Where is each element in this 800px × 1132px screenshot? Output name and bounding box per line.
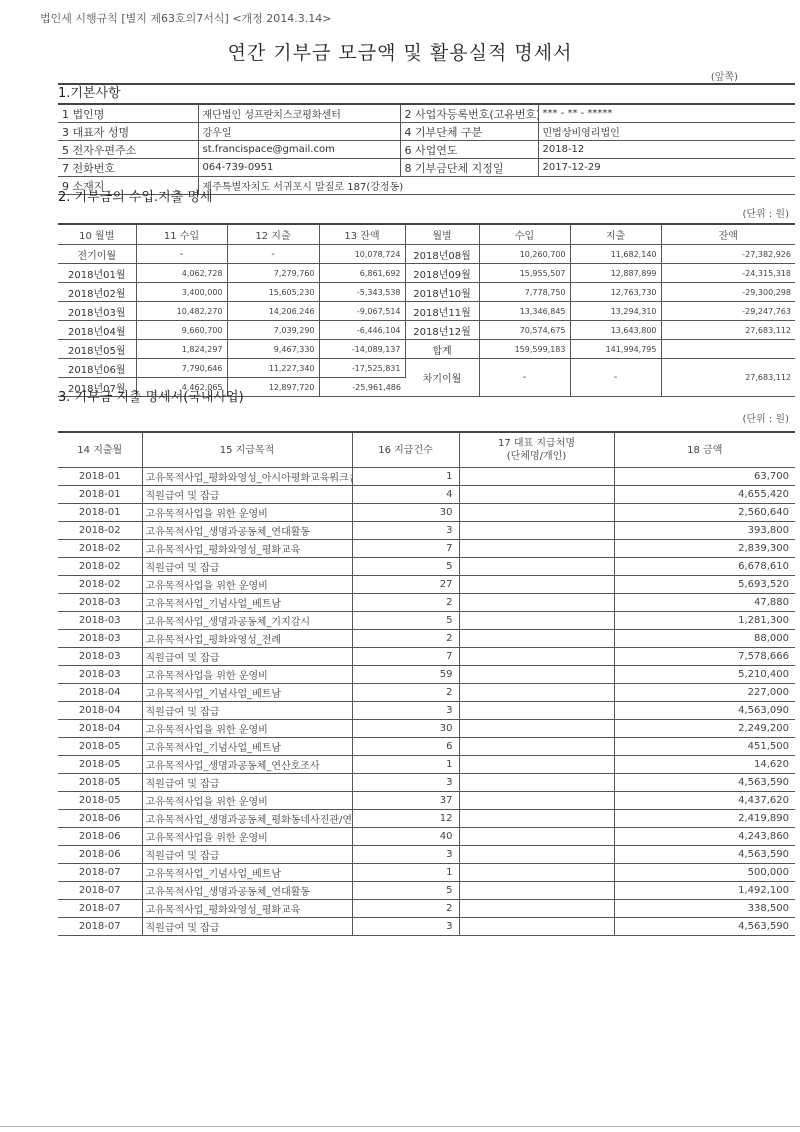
amount-cell: 4,563,590 xyxy=(614,774,795,792)
table-row: 2018-03고유목적사업_기념사업_베트남247,880 xyxy=(58,594,795,612)
field-label: 7 전화번호 xyxy=(58,159,198,177)
month-cell: 2018년12월 xyxy=(405,321,479,340)
field-value: 2018-12 xyxy=(538,141,795,159)
table-row: 2018년05월1,824,2979,467,330-14,089,137합계1… xyxy=(58,340,795,359)
basic-info-row: 1 법인명재단법인 성프란치스코평화센터2 사업자등록번호(고유번호)*** -… xyxy=(58,105,795,123)
unit-label: (단위 : 원) xyxy=(58,207,795,223)
purpose-cell: 고유목적사업_생명과공동체_연대활동 xyxy=(142,522,352,540)
payee-cell xyxy=(459,486,614,504)
count-cell: 6 xyxy=(352,738,459,756)
column-header: 13 잔액 xyxy=(319,224,405,245)
income-cell: 10,482,270 xyxy=(136,302,227,321)
balance-cell: -5,343,538 xyxy=(319,283,405,302)
expense-cell: 12,763,730 xyxy=(570,283,661,302)
amount-cell: 393,800 xyxy=(614,522,795,540)
field-value: 재단법인 성프란치스코평화센터 xyxy=(198,105,400,123)
month-cell: 2018-03 xyxy=(58,612,142,630)
income-expense-table: 10 월별11 수입12 지출13 잔액월별수입지출잔액 전기이월--10,07… xyxy=(58,223,795,397)
balance-cell: -27,382,926 xyxy=(661,245,795,264)
table-row: 2018-01직원급여 및 잡급44,655,420 xyxy=(58,486,795,504)
amount-cell: 4,563,090 xyxy=(614,702,795,720)
purpose-cell: 고유목적사업_평화와영성_평화교육 xyxy=(142,900,352,918)
amount-cell: 4,563,590 xyxy=(614,918,795,936)
month-cell: 2018-02 xyxy=(58,540,142,558)
amount-cell: 2,839,300 xyxy=(614,540,795,558)
purpose-cell: 직원급여 및 잡급 xyxy=(142,702,352,720)
month-cell: 2018-06 xyxy=(58,810,142,828)
month-cell: 2018-07 xyxy=(58,864,142,882)
column-header: 지출 xyxy=(570,224,661,245)
expense-cell: 12,887,899 xyxy=(570,264,661,283)
count-cell: 59 xyxy=(352,666,459,684)
field-label: 1 법인명 xyxy=(58,105,198,123)
payee-cell xyxy=(459,684,614,702)
month-cell: 2018-03 xyxy=(58,666,142,684)
purpose-cell: 직원급여 및 잡급 xyxy=(142,648,352,666)
month-cell: 2018-07 xyxy=(58,918,142,936)
amount-cell: 47,880 xyxy=(614,594,795,612)
field-value: 민법상비영리법인 xyxy=(538,123,795,141)
month-cell: 합계 xyxy=(405,340,479,359)
purpose-cell: 고유목적사업_생명과공동체_기지감시 xyxy=(142,612,352,630)
income-cell: 3,400,000 xyxy=(136,283,227,302)
month-cell: 2018-03 xyxy=(58,594,142,612)
table-row: 2018-07고유목적사업_기념사업_베트남1500,000 xyxy=(58,864,795,882)
amount-cell: 451,500 xyxy=(614,738,795,756)
purpose-cell: 고유목적사업을 위한 운영비 xyxy=(142,792,352,810)
expense-cell: 14,206,246 xyxy=(227,302,319,321)
expense-cell: 7,279,760 xyxy=(227,264,319,283)
table-row: 2018년02월3,400,00015,605,230-5,343,538201… xyxy=(58,283,795,302)
month-cell: 전기이월 xyxy=(58,245,136,264)
purpose-cell: 고유목적사업_평화와영성_평화교육 xyxy=(142,540,352,558)
month-cell: 2018년04월 xyxy=(58,321,136,340)
payee-cell xyxy=(459,756,614,774)
table-row: 2018-03고유목적사업을 위한 운영비595,210,400 xyxy=(58,666,795,684)
purpose-cell: 고유목적사업_생명과공동체_연산호조사 xyxy=(142,756,352,774)
balance-cell: -29,247,763 xyxy=(661,302,795,321)
table-row: 2018-05고유목적사업_기념사업_베트남6451,500 xyxy=(58,738,795,756)
amount-cell: 88,000 xyxy=(614,630,795,648)
purpose-cell: 고유목적사업을 위한 운영비 xyxy=(142,828,352,846)
payee-cell xyxy=(459,774,614,792)
balance-cell: -17,525,831 xyxy=(319,359,405,378)
amount-cell: 5,210,400 xyxy=(614,666,795,684)
count-cell: 30 xyxy=(352,504,459,522)
count-cell: 1 xyxy=(352,756,459,774)
expense-cell: - xyxy=(227,245,319,264)
balance-cell xyxy=(661,340,795,359)
count-cell: 1 xyxy=(352,468,459,486)
amount-cell: 2,419,890 xyxy=(614,810,795,828)
payee-cell xyxy=(459,900,614,918)
purpose-cell: 고유목적사업_생명과공동체_연대활동 xyxy=(142,882,352,900)
field-label: 2 사업자등록번호(고유번호) xyxy=(400,105,538,123)
income-cell: 13,346,845 xyxy=(479,302,570,321)
month-cell: 2018-04 xyxy=(58,720,142,738)
month-cell: 2018-05 xyxy=(58,756,142,774)
purpose-cell: 고유목적사업을 위한 운영비 xyxy=(142,720,352,738)
count-cell: 40 xyxy=(352,828,459,846)
payee-cell xyxy=(459,540,614,558)
field-value: *** - ** - ***** xyxy=(538,105,795,123)
field-value: 강우일 xyxy=(198,123,400,141)
expense-detail-table: 14 지출월15 지급목적16 지급건수17 대표 지급처명(단체명/개인)18… xyxy=(58,431,795,936)
payee-cell xyxy=(459,738,614,756)
count-cell: 1 xyxy=(352,864,459,882)
count-cell: 37 xyxy=(352,792,459,810)
payee-cell xyxy=(459,666,614,684)
amount-cell: 500,000 xyxy=(614,864,795,882)
amount-cell: 7,578,666 xyxy=(614,648,795,666)
field-label: 3 대표자 성명 xyxy=(58,123,198,141)
balance-cell: -29,300,298 xyxy=(661,283,795,302)
amount-cell: 4,563,590 xyxy=(614,846,795,864)
income-expense-section: 2. 기부금의 수입.지출 명세 (단위 : 원) 10 월별11 수입12 지… xyxy=(58,189,795,397)
table-row: 2018-04고유목적사업을 위한 운영비302,249,200 xyxy=(58,720,795,738)
income-cell: 159,599,183 xyxy=(479,340,570,359)
purpose-cell: 직원급여 및 잡급 xyxy=(142,558,352,576)
field-label: 4 기부단체 구분 xyxy=(400,123,538,141)
month-cell: 2018-02 xyxy=(58,576,142,594)
basic-info-row: 5 전자우편주소st.francispace@gmail.com6 사업연도20… xyxy=(58,141,795,159)
income-cell: 15,955,507 xyxy=(479,264,570,283)
payee-cell xyxy=(459,630,614,648)
payee-cell xyxy=(459,846,614,864)
column-header: 12 지출 xyxy=(227,224,319,245)
field-value: 2017-12-29 xyxy=(538,159,795,177)
payee-cell xyxy=(459,882,614,900)
count-cell: 2 xyxy=(352,684,459,702)
income-cell: 1,824,297 xyxy=(136,340,227,359)
expense-cell: 11,682,140 xyxy=(570,245,661,264)
purpose-cell: 고유목적사업을 위한 운영비 xyxy=(142,576,352,594)
count-cell: 2 xyxy=(352,900,459,918)
month-cell: 2018년10월 xyxy=(405,283,479,302)
count-cell: 2 xyxy=(352,630,459,648)
count-cell: 27 xyxy=(352,576,459,594)
count-cell: 5 xyxy=(352,612,459,630)
balance-cell: -9,067,514 xyxy=(319,302,405,321)
column-header: 11 수입 xyxy=(136,224,227,245)
payee-cell xyxy=(459,918,614,936)
month-cell: 2018-02 xyxy=(58,558,142,576)
column-header: 10 월별 xyxy=(58,224,136,245)
count-cell: 7 xyxy=(352,648,459,666)
basic-info-row: 7 전화번호064-739-09518 기부금단체 지정일2017-12-29 xyxy=(58,159,795,177)
payee-cell xyxy=(459,594,614,612)
month-cell: 2018년02월 xyxy=(58,283,136,302)
balance-cell: -24,315,318 xyxy=(661,264,795,283)
purpose-cell: 고유목적사업_기념사업_베트남 xyxy=(142,738,352,756)
payee-cell xyxy=(459,702,614,720)
month-cell: 2018-07 xyxy=(58,882,142,900)
page-bottom-rule xyxy=(0,1126,800,1127)
payee-cell xyxy=(459,810,614,828)
balance-cell: 27,683,112 xyxy=(661,321,795,340)
table-row: 2018-07직원급여 및 잡급34,563,590 xyxy=(58,918,795,936)
field-label: 8 기부금단체 지정일 xyxy=(400,159,538,177)
table-row: 2018-03직원급여 및 잡급77,578,666 xyxy=(58,648,795,666)
income-cell: 10,260,700 xyxy=(479,245,570,264)
expense-cell: 13,643,800 xyxy=(570,321,661,340)
payee-cell xyxy=(459,522,614,540)
amount-cell: 2,560,640 xyxy=(614,504,795,522)
amount-cell: 338,500 xyxy=(614,900,795,918)
table-row: 2018-05고유목적사업_생명과공동체_연산호조사114,620 xyxy=(58,756,795,774)
table-row: 2018년06월7,790,64611,227,340-17,525,831차기… xyxy=(58,359,795,378)
balance-cell: 6,861,692 xyxy=(319,264,405,283)
income-cell: 4,062,728 xyxy=(136,264,227,283)
payee-cell xyxy=(459,558,614,576)
amount-cell: 227,000 xyxy=(614,684,795,702)
payee-cell xyxy=(459,792,614,810)
table-row: 2018-05직원급여 및 잡급34,563,590 xyxy=(58,774,795,792)
page-title: 연간 기부금 모금액 및 활용실적 명세서 xyxy=(0,38,800,65)
purpose-cell: 고유목적사업을 위한 운영비 xyxy=(142,504,352,522)
amount-cell: 5,693,520 xyxy=(614,576,795,594)
column-header: 18 금액 xyxy=(614,432,795,468)
basic-info-row: 3 대표자 성명강우일4 기부단체 구분민법상비영리법인 xyxy=(58,123,795,141)
purpose-cell: 고유목적사업_기념사업_베트남 xyxy=(142,864,352,882)
payee-cell xyxy=(459,504,614,522)
month-cell: 2018-05 xyxy=(58,774,142,792)
expense-cell: 9,467,330 xyxy=(227,340,319,359)
expense-cell: 13,294,310 xyxy=(570,302,661,321)
expense-cell: 11,227,340 xyxy=(227,359,319,378)
count-cell: 4 xyxy=(352,486,459,504)
table-row: 2018-05고유목적사업을 위한 운영비374,437,620 xyxy=(58,792,795,810)
income-cell: 9,660,700 xyxy=(136,321,227,340)
month-cell: 2018년11월 xyxy=(405,302,479,321)
column-header: 17 대표 지급처명(단체명/개인) xyxy=(459,432,614,468)
table-row: 2018-03고유목적사업_평화와영성_전례288,000 xyxy=(58,630,795,648)
table-row: 2018-06고유목적사업_생명과공동체_평화동네사진관/연산호조사122,41… xyxy=(58,810,795,828)
table-row: 2018-02직원급여 및 잡급56,678,610 xyxy=(58,558,795,576)
column-header: 월별 xyxy=(405,224,479,245)
payee-cell xyxy=(459,864,614,882)
table-row: 2018-06직원급여 및 잡급34,563,590 xyxy=(58,846,795,864)
income-cell: 70,574,675 xyxy=(479,321,570,340)
month-cell: 2018-01 xyxy=(58,504,142,522)
balance-cell: 10,078,724 xyxy=(319,245,405,264)
count-cell: 5 xyxy=(352,558,459,576)
count-cell: 3 xyxy=(352,846,459,864)
amount-cell: 6,678,610 xyxy=(614,558,795,576)
purpose-cell: 고유목적사업_평화와영성_아시아평화교육워크숍 xyxy=(142,468,352,486)
column-header: 잔액 xyxy=(661,224,795,245)
column-header: 수입 xyxy=(479,224,570,245)
table-row: 2018년01월4,062,7287,279,7606,861,6922018년… xyxy=(58,264,795,283)
amount-cell: 4,655,420 xyxy=(614,486,795,504)
purpose-cell: 고유목적사업을 위한 운영비 xyxy=(142,666,352,684)
balance-cell: -6,446,104 xyxy=(319,321,405,340)
table-row: 2018-01고유목적사업을 위한 운영비302,560,640 xyxy=(58,504,795,522)
month-cell: 2018-01 xyxy=(58,486,142,504)
payee-cell xyxy=(459,720,614,738)
count-cell: 5 xyxy=(352,882,459,900)
purpose-cell: 직원급여 및 잡급 xyxy=(142,774,352,792)
count-cell: 3 xyxy=(352,774,459,792)
section-title: 3. 기부금 지출 명세서(국내사업) xyxy=(58,389,795,407)
count-cell: 12 xyxy=(352,810,459,828)
income-cell: 7,790,646 xyxy=(136,359,227,378)
table-row: 2018-07고유목적사업_평화와영성_평화교육2338,500 xyxy=(58,900,795,918)
amount-cell: 14,620 xyxy=(614,756,795,774)
purpose-cell: 고유목적사업_기념사업_베트남 xyxy=(142,594,352,612)
count-cell: 7 xyxy=(352,540,459,558)
basic-info-table: 1 법인명재단법인 성프란치스코평화센터2 사업자등록번호(고유번호)*** -… xyxy=(58,105,795,195)
amount-cell: 1,492,100 xyxy=(614,882,795,900)
income-cell: - xyxy=(136,245,227,264)
column-header: 16 지급건수 xyxy=(352,432,459,468)
count-cell: 2 xyxy=(352,594,459,612)
expense-cell: 7,039,290 xyxy=(227,321,319,340)
table-row: 2018-02고유목적사업_생명과공동체_연대활동3393,800 xyxy=(58,522,795,540)
purpose-cell: 직원급여 및 잡급 xyxy=(142,846,352,864)
table-row: 2018-04고유목적사업_기념사업_베트남2227,000 xyxy=(58,684,795,702)
unit-label: (단위 : 원) xyxy=(58,409,795,431)
payee-cell xyxy=(459,468,614,486)
table-row: 2018-02고유목적사업을 위한 운영비275,693,520 xyxy=(58,576,795,594)
payee-cell xyxy=(459,576,614,594)
month-cell: 2018-05 xyxy=(58,792,142,810)
count-cell: 30 xyxy=(352,720,459,738)
amount-cell: 63,700 xyxy=(614,468,795,486)
month-cell: 2018-06 xyxy=(58,846,142,864)
balance-cell: -14,089,137 xyxy=(319,340,405,359)
income-cell: 7,778,750 xyxy=(479,283,570,302)
field-value: st.francispace@gmail.com xyxy=(198,141,400,159)
month-cell: 2018년06월 xyxy=(58,359,136,378)
purpose-cell: 고유목적사업_기념사업_베트남 xyxy=(142,684,352,702)
basic-info-section: 1.기본사항 1 법인명재단법인 성프란치스코평화센터2 사업자등록번호(고유번… xyxy=(58,83,795,195)
month-cell: 2018-04 xyxy=(58,702,142,720)
month-cell: 2018-03 xyxy=(58,648,142,666)
purpose-cell: 고유목적사업_평화와영성_전례 xyxy=(142,630,352,648)
payee-cell xyxy=(459,612,614,630)
section-title: 2. 기부금의 수입.지출 명세 xyxy=(58,189,795,207)
month-cell: 2018-05 xyxy=(58,738,142,756)
amount-cell: 1,281,300 xyxy=(614,612,795,630)
table-row: 2018-06고유목적사업을 위한 운영비404,243,860 xyxy=(58,828,795,846)
count-cell: 3 xyxy=(352,702,459,720)
table-row: 2018-04직원급여 및 잡급34,563,090 xyxy=(58,702,795,720)
table-row: 2018년04월9,660,7007,039,290-6,446,1042018… xyxy=(58,321,795,340)
amount-cell: 4,437,620 xyxy=(614,792,795,810)
table-row: 2018-02고유목적사업_평화와영성_평화교육72,839,300 xyxy=(58,540,795,558)
payee-cell xyxy=(459,828,614,846)
payee-cell xyxy=(459,648,614,666)
month-cell: 2018년08월 xyxy=(405,245,479,264)
month-cell: 2018년01월 xyxy=(58,264,136,283)
amount-cell: 2,249,200 xyxy=(614,720,795,738)
amount-cell: 4,243,860 xyxy=(614,828,795,846)
field-label: 6 사업연도 xyxy=(400,141,538,159)
purpose-cell: 직원급여 및 잡급 xyxy=(142,918,352,936)
month-cell: 2018-03 xyxy=(58,630,142,648)
field-label: 5 전자우편주소 xyxy=(58,141,198,159)
expense-cell: 141,994,795 xyxy=(570,340,661,359)
table-row: 2018-07고유목적사업_생명과공동체_연대활동51,492,100 xyxy=(58,882,795,900)
form-reference: 법인세 시행규칙 [별지 제63호의7서식] <개정 2014.3.14> xyxy=(40,10,332,26)
purpose-cell: 직원급여 및 잡급 xyxy=(142,486,352,504)
month-cell: 2018-06 xyxy=(58,828,142,846)
month-cell: 2018-01 xyxy=(58,468,142,486)
column-header: 15 지급목적 xyxy=(142,432,352,468)
table-row: 2018-01고유목적사업_평화와영성_아시아평화교육워크숍163,700 xyxy=(58,468,795,486)
count-cell: 3 xyxy=(352,918,459,936)
expense-detail-section: 3. 기부금 지출 명세서(국내사업) (단위 : 원) 14 지출월15 지급… xyxy=(58,389,795,936)
front-side-label: (앞쪽) xyxy=(711,68,738,83)
column-header: 14 지출월 xyxy=(58,432,142,468)
month-cell: 2018년09월 xyxy=(405,264,479,283)
section-title: 1.기본사항 xyxy=(58,85,795,105)
purpose-cell: 고유목적사업_생명과공동체_평화동네사진관/연산호조사 xyxy=(142,810,352,828)
expense-cell: 15,605,230 xyxy=(227,283,319,302)
field-value: 064-739-0951 xyxy=(198,159,400,177)
month-cell: 2018-04 xyxy=(58,684,142,702)
table-row: 2018년03월10,482,27014,206,246-9,067,51420… xyxy=(58,302,795,321)
table-row: 2018-03고유목적사업_생명과공동체_기지감시51,281,300 xyxy=(58,612,795,630)
table-row: 전기이월--10,078,7242018년08월10,260,70011,682… xyxy=(58,245,795,264)
month-cell: 2018-02 xyxy=(58,522,142,540)
month-cell: 2018년05월 xyxy=(58,340,136,359)
month-cell: 2018년03월 xyxy=(58,302,136,321)
count-cell: 3 xyxy=(352,522,459,540)
month-cell: 2018-07 xyxy=(58,900,142,918)
